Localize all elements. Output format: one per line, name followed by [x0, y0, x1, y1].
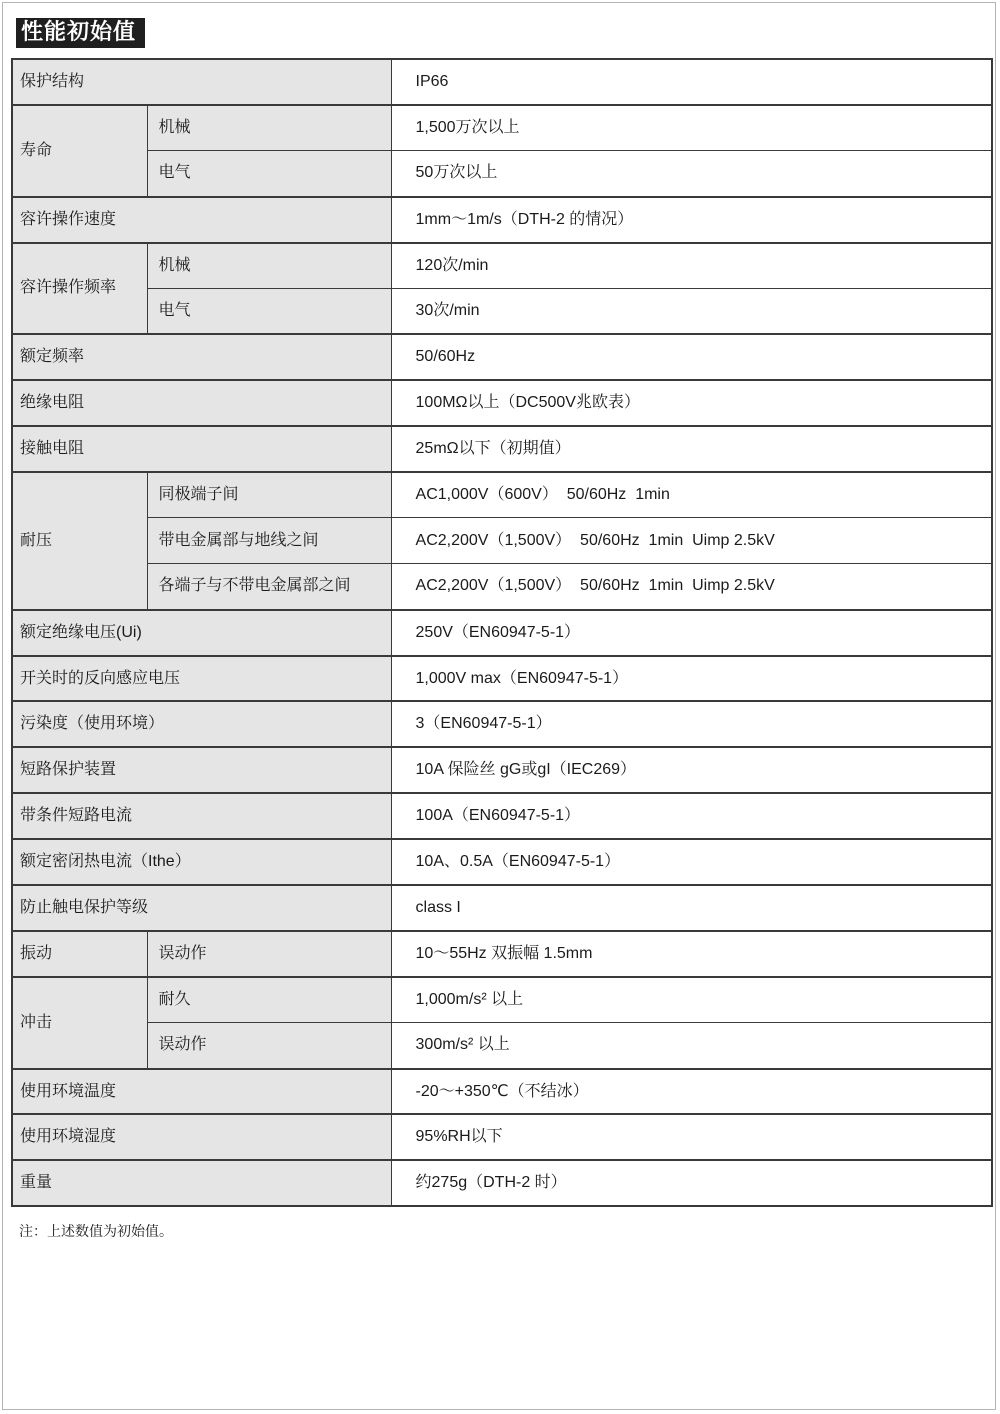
table-row: 接触电阻25mΩ以下（初期值）: [12, 426, 992, 472]
table-row: 各端子与不带电金属部之间AC2,200V（1,500V） 50/60Hz 1mi…: [12, 564, 992, 610]
spec-label: 额定频率: [12, 334, 391, 380]
table-row: 带电金属部与地线之间AC2,200V（1,500V） 50/60Hz 1min …: [12, 518, 992, 564]
table-row: 电气30次/min: [12, 288, 992, 334]
spec-label: 额定密闭热电流（Ithe）: [12, 839, 391, 885]
spec-value: 50/60Hz: [391, 334, 992, 380]
spec-label: 使用环境温度: [12, 1069, 391, 1115]
spec-value: 1,000V max（EN60947-5-1）: [391, 656, 992, 702]
table-row: 使用环境温度-20～+350℃（不结冰）: [12, 1069, 992, 1115]
spec-value: IP66: [391, 59, 992, 105]
spec-value: AC1,000V（600V） 50/60Hz 1min: [391, 472, 992, 518]
table-row: 容许操作速度1mm～1m/s（DTH-2 的情况）: [12, 197, 992, 243]
spec-sublabel: 误动作: [147, 931, 391, 977]
spec-table: 保护结构IP66寿命机械1,500万次以上电气50万次以上容许操作速度1mm～1…: [11, 58, 993, 1207]
table-row: 开关时的反向感应电压1,000V max（EN60947-5-1）: [12, 656, 992, 702]
table-row: 重量约275g（DTH-2 时）: [12, 1160, 992, 1206]
spec-sublabel: 各端子与不带电金属部之间: [147, 564, 391, 610]
spec-value: -20～+350℃（不结冰）: [391, 1069, 992, 1115]
table-row: 保护结构IP66: [12, 59, 992, 105]
spec-value: class I: [391, 885, 992, 931]
spec-sublabel: 电气: [147, 151, 391, 197]
spec-value: AC2,200V（1,500V） 50/60Hz 1min Uimp 2.5kV: [391, 518, 992, 564]
spec-value: 50万次以上: [391, 151, 992, 197]
table-row: 带条件短路电流100A（EN60947-5-1）: [12, 793, 992, 839]
table-row: 误动作300m/s² 以上: [12, 1023, 992, 1069]
spec-value: 250V（EN60947-5-1）: [391, 610, 992, 656]
spec-value: 120次/min: [391, 243, 992, 289]
spec-value: 1,000m/s² 以上: [391, 977, 992, 1023]
table-row: 短路保护装置10A 保险丝 gG或gI（IEC269）: [12, 747, 992, 793]
table-row: 寿命机械1,500万次以上: [12, 105, 992, 151]
spec-value: 95%RH以下: [391, 1114, 992, 1160]
table-row: 振动误动作10～55Hz 双振幅 1.5mm: [12, 931, 992, 977]
spec-group-label: 寿命: [12, 105, 147, 197]
spec-group-label: 容许操作频率: [12, 243, 147, 335]
spec-group-label: 振动: [12, 931, 147, 977]
spec-sublabel: 带电金属部与地线之间: [147, 518, 391, 564]
section-title: 性能初始值: [16, 18, 145, 48]
spec-table-body: 保护结构IP66寿命机械1,500万次以上电气50万次以上容许操作速度1mm～1…: [12, 59, 992, 1206]
spec-sublabel: 耐久: [147, 977, 391, 1023]
spec-sublabel: 误动作: [147, 1023, 391, 1069]
table-row: 额定密闭热电流（Ithe）10A、0.5A（EN60947-5-1）: [12, 839, 992, 885]
spec-group-label: 耐压: [12, 472, 147, 610]
spec-sublabel: 同极端子间: [147, 472, 391, 518]
spec-label: 绝缘电阻: [12, 380, 391, 426]
spec-value: 30次/min: [391, 288, 992, 334]
spec-label: 污染度（使用环境）: [12, 701, 391, 747]
spec-label: 短路保护装置: [12, 747, 391, 793]
spec-value: 10A 保险丝 gG或gI（IEC269）: [391, 747, 992, 793]
spec-label: 接触电阻: [12, 426, 391, 472]
spec-group-label: 冲击: [12, 977, 147, 1069]
spec-label: 使用环境湿度: [12, 1114, 391, 1160]
spec-label: 容许操作速度: [12, 197, 391, 243]
spec-value: 10～55Hz 双振幅 1.5mm: [391, 931, 992, 977]
spec-sublabel: 机械: [147, 243, 391, 289]
spec-value: 1mm～1m/s（DTH-2 的情况）: [391, 197, 992, 243]
spec-value: AC2,200V（1,500V） 50/60Hz 1min Uimp 2.5kV: [391, 564, 992, 610]
spec-label: 开关时的反向感应电压: [12, 656, 391, 702]
spec-value: 约275g（DTH-2 时）: [391, 1160, 992, 1206]
spec-label: 带条件短路电流: [12, 793, 391, 839]
table-row: 使用环境湿度95%RH以下: [12, 1114, 992, 1160]
table-row: 额定绝缘电压(Ui)250V（EN60947-5-1）: [12, 610, 992, 656]
spec-label: 额定绝缘电压(Ui): [12, 610, 391, 656]
table-row: 冲击耐久1,000m/s² 以上: [12, 977, 992, 1023]
spec-value: 100MΩ以上（DC500V兆欧表）: [391, 380, 992, 426]
spec-value: 25mΩ以下（初期值）: [391, 426, 992, 472]
spec-label: 重量: [12, 1160, 391, 1206]
datasheet-page: 性能初始值 保护结构IP66寿命机械1,500万次以上电气50万次以上容许操作速…: [2, 2, 996, 1410]
spec-label: 保护结构: [12, 59, 391, 105]
footnote: 注：上述数值为初始值。: [19, 1221, 995, 1241]
spec-value: 3（EN60947-5-1）: [391, 701, 992, 747]
table-row: 容许操作频率机械120次/min: [12, 243, 992, 289]
table-row: 额定频率50/60Hz: [12, 334, 992, 380]
table-row: 电气50万次以上: [12, 151, 992, 197]
table-row: 污染度（使用环境）3（EN60947-5-1）: [12, 701, 992, 747]
spec-value: 1,500万次以上: [391, 105, 992, 151]
spec-sublabel: 电气: [147, 288, 391, 334]
spec-sublabel: 机械: [147, 105, 391, 151]
spec-value: 300m/s² 以上: [391, 1023, 992, 1069]
table-row: 防止触电保护等级class I: [12, 885, 992, 931]
table-row: 绝缘电阻100MΩ以上（DC500V兆欧表）: [12, 380, 992, 426]
table-row: 耐压同极端子间AC1,000V（600V） 50/60Hz 1min: [12, 472, 992, 518]
spec-value: 100A（EN60947-5-1）: [391, 793, 992, 839]
spec-label: 防止触电保护等级: [12, 885, 391, 931]
spec-value: 10A、0.5A（EN60947-5-1）: [391, 839, 992, 885]
